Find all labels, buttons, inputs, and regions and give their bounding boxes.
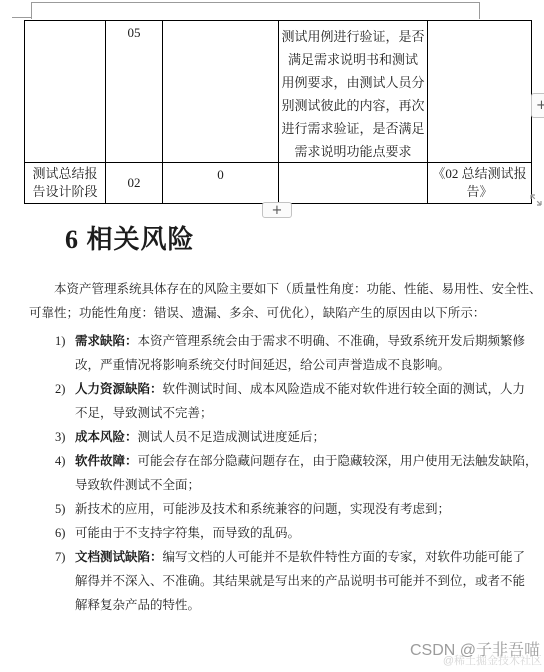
add-column-button[interactable]: + [531,93,544,118]
document-page: 05 测试用例进行验证，是否满足需求说明书和测试用例要求，由测试人员分别测试彼此… [0,0,544,672]
text-line: 软件故障：可能会存在部分隐藏问题存在，由于隐藏较深，用户使用无法触发缺陷， [75,449,544,473]
risk-item-label: 文档测试缺陷： [75,550,163,564]
risk-item-number: 6) [55,521,65,545]
table-cell[interactable]: 测试用例进行验证，是否满足需求说明书和测试用例要求，由测试人员分别测试彼此的内容… [279,21,428,163]
risk-item: 6)可能由于不支持字符集，而导致的乱码。 [0,521,544,545]
text-line: 成本风险：测试人员不足造成测试进度延后； [75,425,544,449]
risk-item-label: 成本风险： [75,430,138,444]
text-line: 新技术的应用，可能涉及技术和系统兼容的问题，实现没有考虑到； [75,497,544,521]
risk-item: 2)人力资源缺陷：软件测试时间、成本风险造成不能对软件进行较全面的测试，人力不足… [0,377,544,425]
risk-item-number: 3) [55,425,65,449]
text-line: 测试总结报 [25,165,105,183]
cutoff-table-frame [31,2,480,19]
text-line: 本资产管理系统具体存在的风险主要如下（质量性角度：功能、性能、易用性、安全性、 [29,277,542,301]
text-line: 用例要求，由测试人员分 [279,71,427,94]
table-cell[interactable]: 05 [106,21,163,163]
risk-item-number: 4) [55,449,65,473]
table-cell[interactable]: 测试总结报告设计阶段 [25,163,106,203]
risk-item: 4)软件故障：可能会存在部分隐藏问题存在，由于隐藏较深，用户使用无法触发缺陷，导… [0,449,544,497]
risk-item-number: 2) [55,377,65,401]
section-heading: 6 相关风险 [65,219,195,256]
table-cell[interactable]: 《02 总结测试报告》 [428,163,531,203]
table-cell[interactable] [25,21,106,163]
table-cell[interactable] [279,163,428,203]
text-line: 人力资源缺陷：软件测试时间、成本风险造成不能对软件进行较全面的测试，人力 [75,377,544,401]
csdn-watermark: CSDN @子非吾喵 [410,637,540,660]
risk-item-label: 需求缺陷： [75,334,138,348]
text-line: 导致软件测试不全面； [75,473,544,497]
test-phase-table: 05 测试用例进行验证，是否满足需求说明书和测试用例要求，由测试人员分别测试彼此… [24,20,532,204]
risk-item-number: 5) [55,497,65,521]
text-line: 满足需求说明书和测试 [279,48,427,71]
table-cell[interactable] [428,21,531,163]
text-line: 可能由于不支持字符集，而导致的乱码。 [75,521,544,545]
add-row-button[interactable]: + [262,202,292,218]
risk-item: 7)文档测试缺陷：编写文档的人可能并不是软件特性方面的专家，对软件功能可能了解得… [0,545,544,617]
table-cell[interactable]: 0 [163,163,279,203]
text-line: 文档测试缺陷：编写文档的人可能并不是软件特性方面的专家，对软件功能可能了 [75,545,544,569]
text-line: 解释复杂产品的特性。 [75,593,544,617]
text-line: 测试用例进行验证，是否 [279,25,427,48]
intro-paragraph: 本资产管理系统具体存在的风险主要如下（质量性角度：功能、性能、易用性、安全性、可… [29,277,542,325]
table-resize-handle-icon[interactable] [528,192,544,208]
text-line: 解得并不深入、不准确。其结果就是写出来的产品说明书可能并不到位，或者不能 [75,569,544,593]
risk-item-label: 软件故障： [75,454,138,468]
table-cell[interactable]: 02 [106,163,163,203]
text-line: 不足，导致测试不完善； [75,401,544,425]
frame-left-tick [12,17,31,18]
text-line: 进行需求验证，是否满足 [279,117,427,140]
risk-item-number: 7) [55,545,65,569]
text-line: 别测试彼此的内容，再次 [279,94,427,117]
table-cell[interactable] [163,21,279,163]
risk-list: 1)需求缺陷：本资产管理系统会由于需求不明确、不准确，导致系统开发后期频繁修改，… [0,329,544,617]
text-line: 改，严重情况将影响系统交付时间延迟，给公司声誉造成不良影响。 [75,353,544,377]
risk-item: 3)成本风险：测试人员不足造成测试进度延后； [0,425,544,449]
risk-item-number: 1) [55,329,65,353]
risk-item: 5)新技术的应用，可能涉及技术和系统兼容的问题，实现没有考虑到； [0,497,544,521]
text-line: 可靠性；功能性角度：错误、遗漏、多余、可优化），缺陷产生的原因由以下所示： [29,301,542,325]
text-line: 《02 总结测试报 [428,165,531,183]
risk-item: 1)需求缺陷：本资产管理系统会由于需求不明确、不准确，导致系统开发后期频繁修改，… [0,329,544,377]
risk-item-label: 人力资源缺陷： [75,382,163,396]
text-line: 需求缺陷：本资产管理系统会由于需求不明确、不准确，导致系统开发后期频繁修 [75,329,544,353]
text-line: 告》 [428,183,531,201]
text-line: 告设计阶段 [25,183,105,201]
text-line: 需求说明功能点要求 [279,140,427,163]
